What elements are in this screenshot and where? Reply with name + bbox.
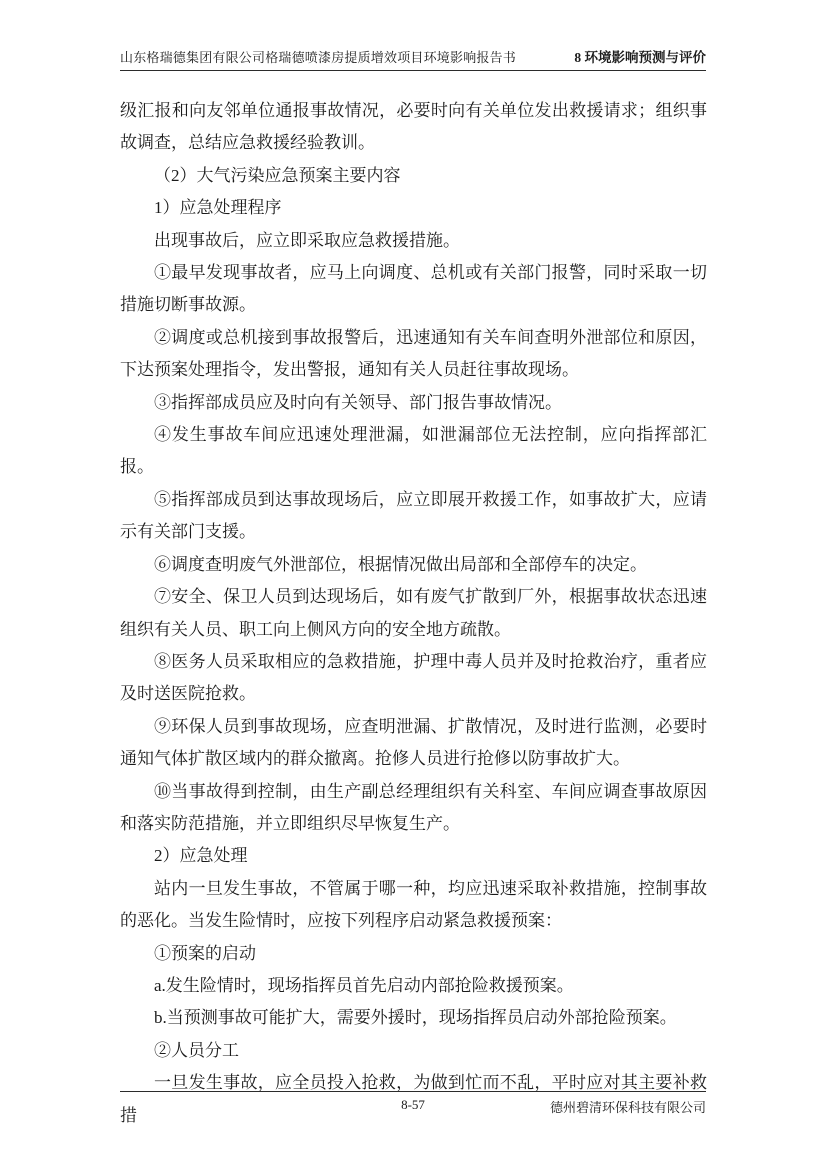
paragraph: ①预案的启动 (120, 938, 707, 970)
paragraph: b.当预测事故可能扩大，需要外援时，现场指挥员启动外部抢险预案。 (120, 1002, 707, 1034)
paragraph: 出现事故后，应立即采取应急救援措施。 (120, 225, 707, 257)
header-chapter-title: 8 环境影响预测与评价 (574, 46, 706, 66)
paragraph: ⑨环保人员到事故现场，应查明泄漏、扩散情况，及时进行监测，必要时通知气体扩散区域… (120, 711, 707, 776)
paragraph: ②人员分工 (120, 1035, 707, 1067)
document-page: 山东格瑞德集团有限公司格瑞德喷漆房提质增效项目环境影响报告书 8 环境影响预测与… (0, 0, 827, 1169)
page-footer: 8-57 德州碧清环保科技有限公司 (120, 1091, 706, 1118)
paragraph: 1）应急处理程序 (120, 192, 707, 224)
paragraph: ⑤指挥部成员到达事故现场后，应立即展开救援工作，如事故扩大，应请示有关部门支援。 (120, 484, 707, 549)
paragraph: （2）大气污染应急预案主要内容 (120, 160, 707, 192)
paragraph: ②调度或总机接到事故报警后，迅速通知有关车间查明外泄部位和原因，下达预案处理指令… (120, 322, 707, 387)
paragraph: ⑦安全、保卫人员到达现场后，如有废气扩散到厂外，根据事故状态迅速组织有关人员、职… (120, 581, 707, 646)
paragraph: ①最早发现事故者，应马上向调度、总机或有关部门报警，同时采取一切措施切断事故源。 (120, 257, 707, 322)
paragraph: ③指挥部成员应及时向有关领导、部门报告事故情况。 (120, 387, 707, 419)
paragraph: ④发生事故车间应迅速处理泄漏，如泄漏部位无法控制，应向指挥部汇报。 (120, 419, 707, 484)
header-report-title: 山东格瑞德集团有限公司格瑞德喷漆房提质增效项目环境影响报告书 (120, 47, 516, 66)
paragraph: 级汇报和向友邻单位通报事故情况，必要时向有关单位发出救援请求；组织事故调查，总结… (120, 95, 707, 160)
document-body: 级汇报和向友邻单位通报事故情况，必要时向有关单位发出救援请求；组织事故调查，总结… (120, 95, 707, 1132)
page-header: 山东格瑞德集团有限公司格瑞德喷漆房提质增效项目环境影响报告书 8 环境影响预测与… (120, 46, 706, 71)
paragraph: 2）应急处理 (120, 840, 707, 872)
footer-company: 德州碧清环保科技有限公司 (550, 1097, 706, 1116)
paragraph: ⑩当事故得到控制，由生产副总经理组织有关科室、车间应调查事故原因和落实防范措施，… (120, 776, 707, 841)
paragraph: ⑥调度查明废气外泄部位，根据情况做出局部和全部停车的决定。 (120, 549, 707, 581)
paragraph: a.发生险情时，现场指挥员首先启动内部抢险救援预案。 (120, 970, 707, 1002)
paragraph: 站内一旦发生事故，不管属于哪一种，均应迅速采取补救措施，控制事故的恶化。当发生险… (120, 873, 707, 938)
paragraph: ⑧医务人员采取相应的急救措施，护理中毒人员并及时抢救治疗，重者应及时送医院抢救。 (120, 646, 707, 711)
